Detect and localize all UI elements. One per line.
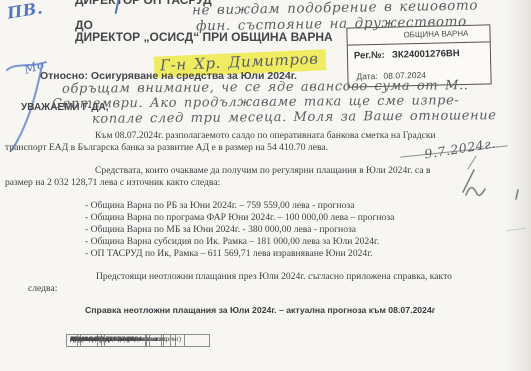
- para1-line1: Към 08.07.2024г. разполагаемото салдо по…: [95, 130, 436, 141]
- stamp-reg-value: ЗК24001276ВН: [392, 48, 460, 61]
- stamp-divider: [348, 41, 490, 45]
- para1-line2: транспорт ЕАД в Българска банка за разви…: [5, 142, 328, 153]
- scanned-letter-page: ДИРЕКТОР ОП ТАСРУД ДО ДИРЕКТОР „ОСИСД“ П…: [0, 0, 531, 371]
- table-cell: дължимо до 22.07.2024 по опис: [66, 334, 171, 347]
- bullet-item: - ОП ТАСРУД по Ик, Рамка – 611 569,71 ле…: [85, 248, 372, 259]
- scan-edge-shadow: [505, 0, 531, 371]
- stamp-reg-label: Рег.№:: [354, 50, 385, 62]
- handwritten-note-mid-line3: копале след три месеца. Моля за Ваше отн…: [92, 108, 497, 127]
- para3-line2: следва:: [28, 283, 57, 294]
- bullet-item: - Община Варна субсидия по Ик. Рамка – 1…: [85, 236, 379, 247]
- bullet-item: - Община Варна по РБ за Юни 2024г. – 759…: [85, 200, 354, 211]
- blue-initials-topleft: ПВ.: [6, 0, 45, 23]
- table-title: Справка неотложни плащания за Юли 2024г.…: [85, 305, 435, 315]
- para2-line2: размер на 2 032 128,71 лева с източник к…: [5, 177, 220, 188]
- para2-line1: Средствата, които очакваме да получим по…: [95, 165, 430, 176]
- bullet-item: - Община Варна по програма ФАР Юни 2024г…: [85, 212, 394, 223]
- para3-line1: Предстоящи неотложни плащания през Юли 2…: [96, 271, 452, 282]
- bullet-item: - Община Варна по МБ за Юни 2024г. - 380…: [85, 224, 356, 235]
